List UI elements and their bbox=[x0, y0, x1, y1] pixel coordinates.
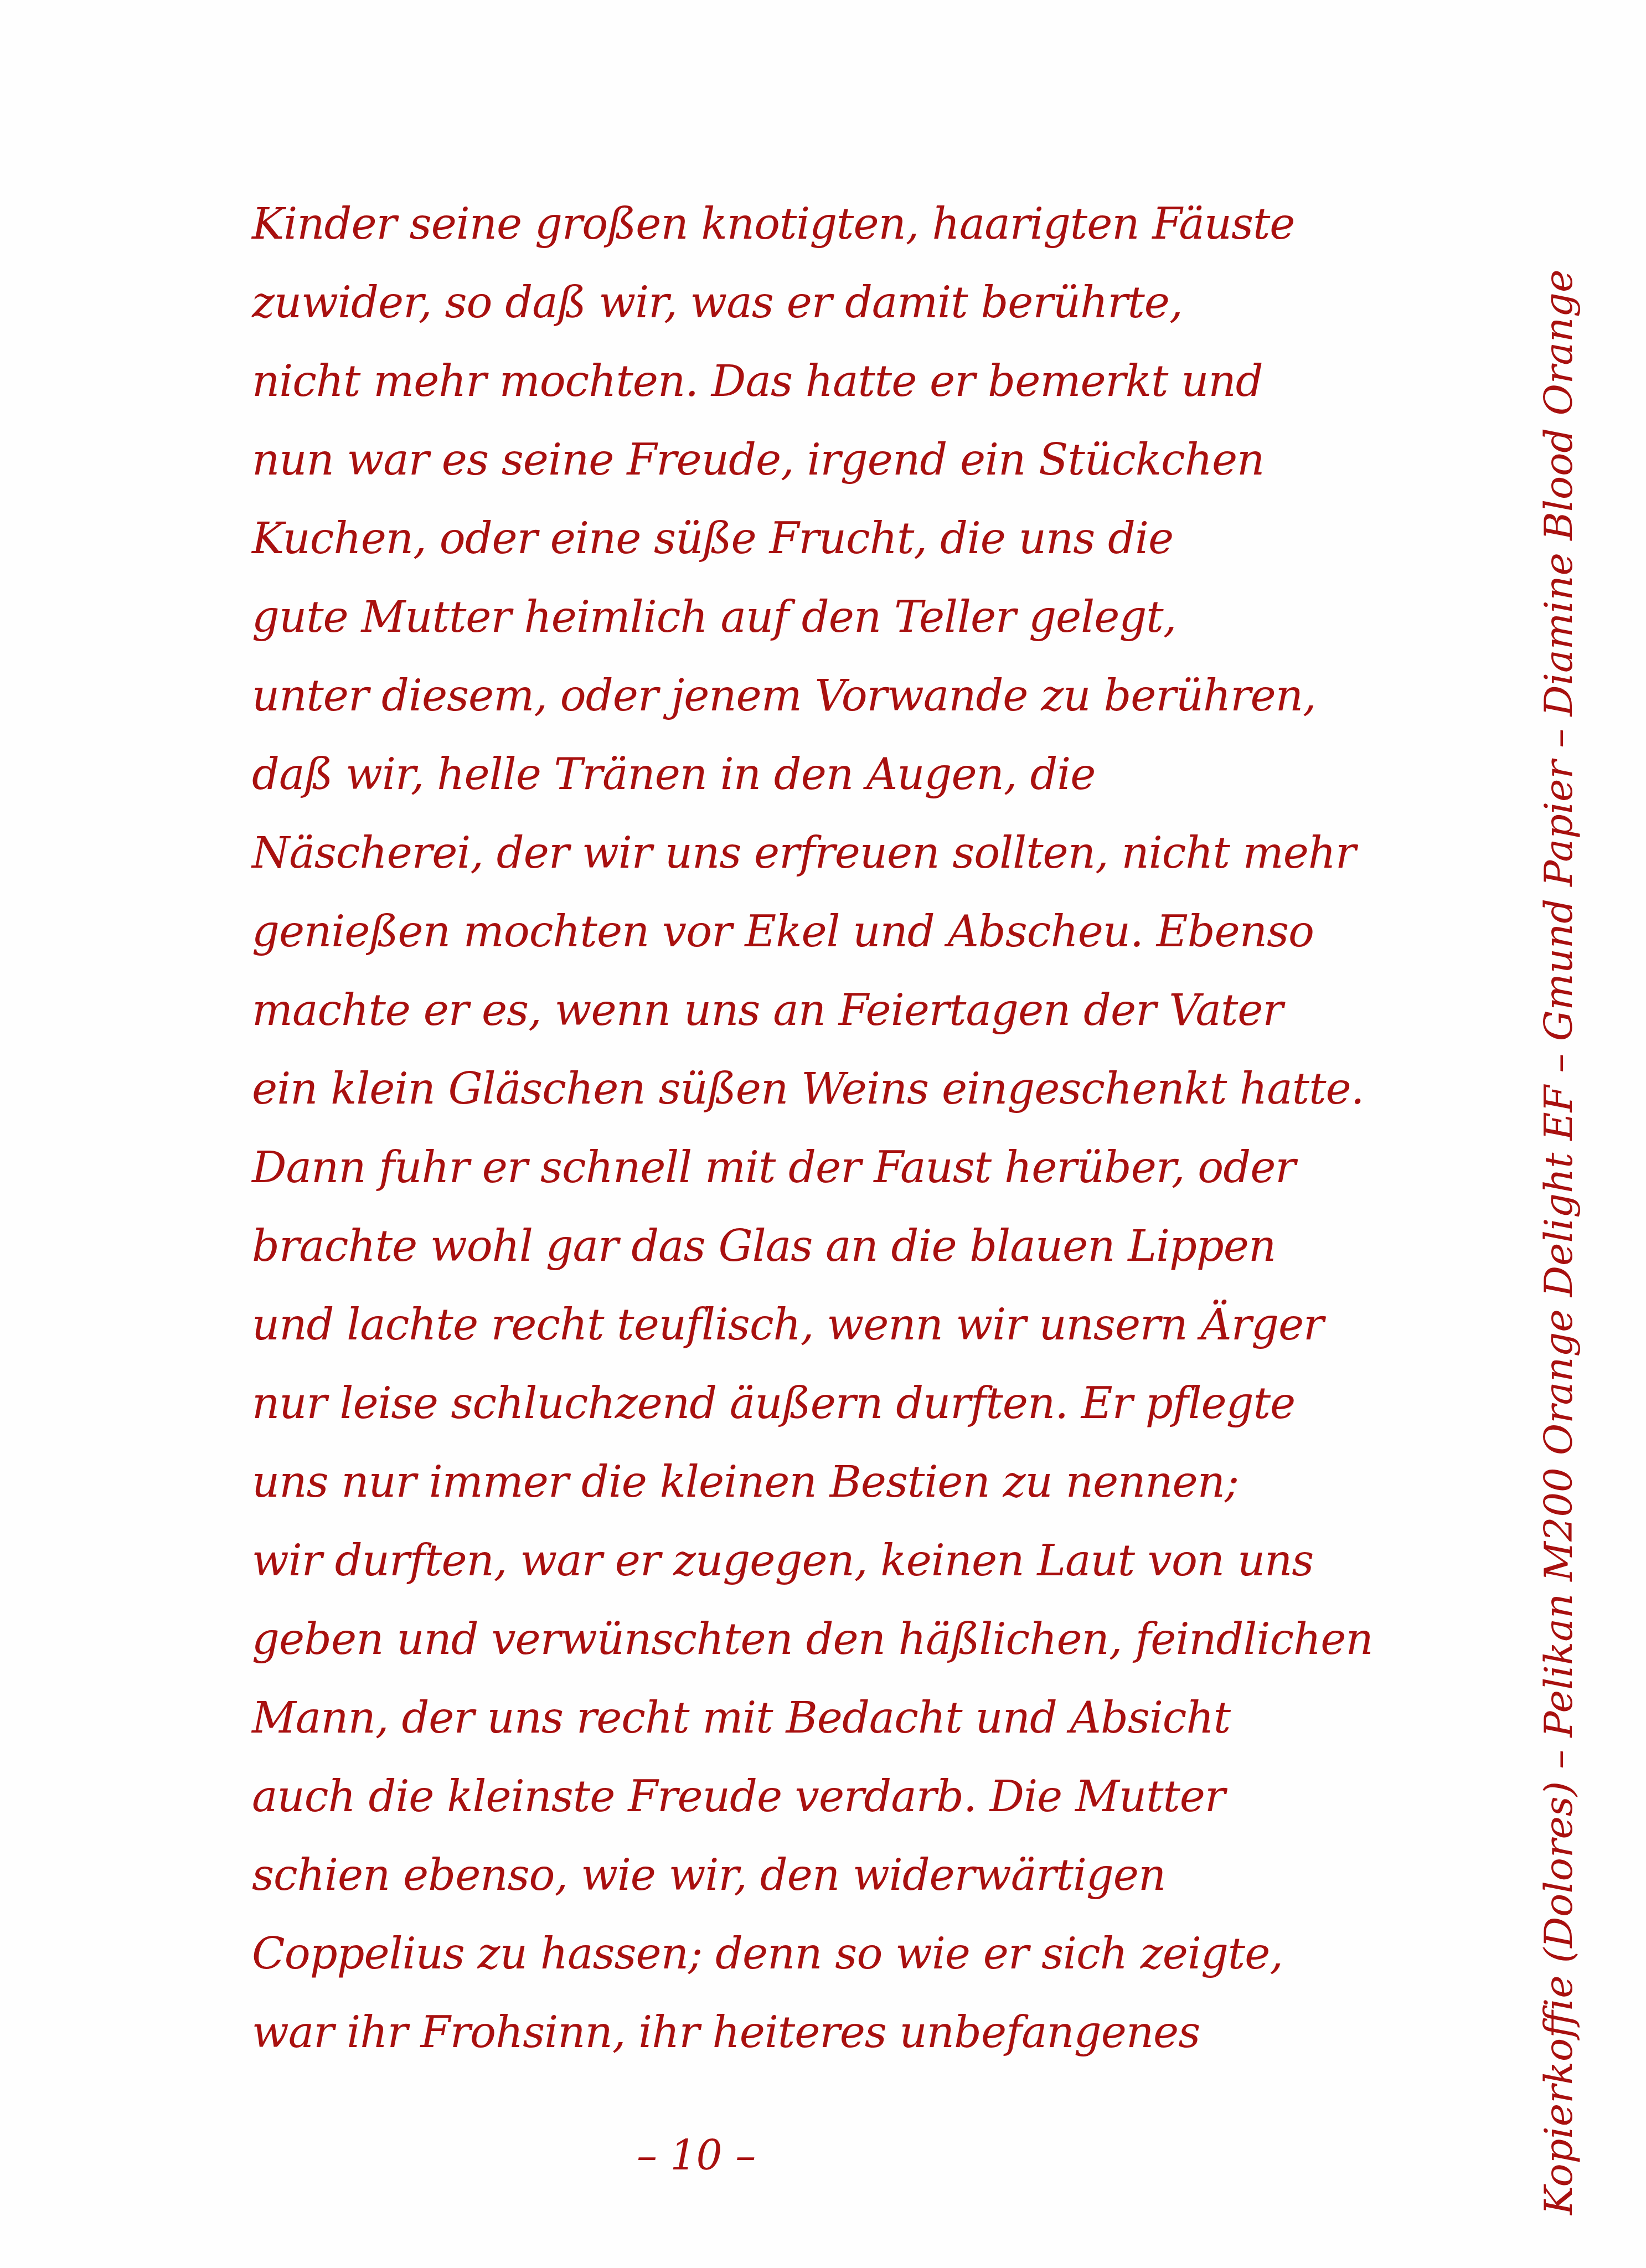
text-line: war ihr Frohsinn, ihr heiteres unbefange… bbox=[252, 1999, 1200, 2066]
text-line: Näscherei, der wir uns erfreuen sollten,… bbox=[252, 820, 1355, 886]
text-line: nur leise schluchzend äußern durften. Er… bbox=[252, 1370, 1295, 1437]
text-line: genießen mochten vor Ekel und Abscheu. E… bbox=[252, 899, 1314, 965]
text-line: geben und verwünschten den häßlichen, fe… bbox=[252, 1606, 1373, 1673]
text-line: ein klein Gläschen süßen Weins eingesche… bbox=[252, 1056, 1364, 1122]
text-line: uns nur immer die kleinen Bestien zu nen… bbox=[252, 1449, 1239, 1516]
text-line: machte er es, wenn uns an Feiertagen der… bbox=[252, 977, 1283, 1044]
handwritten-page: Kinder seine großen knotigten, haarigten… bbox=[0, 0, 1646, 2268]
text-line: Kinder seine großen knotigten, haarigten… bbox=[252, 191, 1294, 257]
text-line: Coppelius zu hassen; denn so wie er sich… bbox=[252, 1921, 1283, 1987]
margin-note-pen-ink-paper: Kopierkoffie (Dolores) – Pelikan M200 Or… bbox=[1528, 111, 1589, 2215]
text-line: brachte wohl gar das Glas an die blauen … bbox=[252, 1213, 1276, 1280]
page-number: – 10 – bbox=[637, 2132, 756, 2179]
text-line: schien ebenso, wie wir, den widerwärtige… bbox=[252, 1842, 1165, 1909]
text-line: wir durften, war er zugegen, keinen Laut… bbox=[252, 1528, 1313, 1594]
text-line: nicht mehr mochten. Das hatte er bemerkt… bbox=[252, 348, 1263, 415]
text-line: Mann, der uns recht mit Bedacht und Absi… bbox=[252, 1685, 1230, 1751]
text-line: daß wir, helle Tränen in den Augen, die bbox=[252, 741, 1095, 808]
text-line: auch die kleinste Freude verdarb. Die Mu… bbox=[252, 1764, 1225, 1830]
text-line: gute Mutter heimlich auf den Teller gele… bbox=[252, 584, 1176, 651]
text-line: und lachte recht teuflisch, wenn wir uns… bbox=[252, 1292, 1323, 1358]
text-line: unter diesem, oder jenem Vorwande zu ber… bbox=[252, 663, 1316, 729]
text-line: Kuchen, oder eine süße Frucht, die uns d… bbox=[252, 506, 1173, 572]
text-line: Dann fuhr er schnell mit der Faust herüb… bbox=[252, 1135, 1296, 1201]
text-line: zuwider, so daß wir, was er damit berühr… bbox=[252, 270, 1183, 336]
text-line: nun war es seine Freude, irgend ein Stüc… bbox=[252, 427, 1264, 493]
